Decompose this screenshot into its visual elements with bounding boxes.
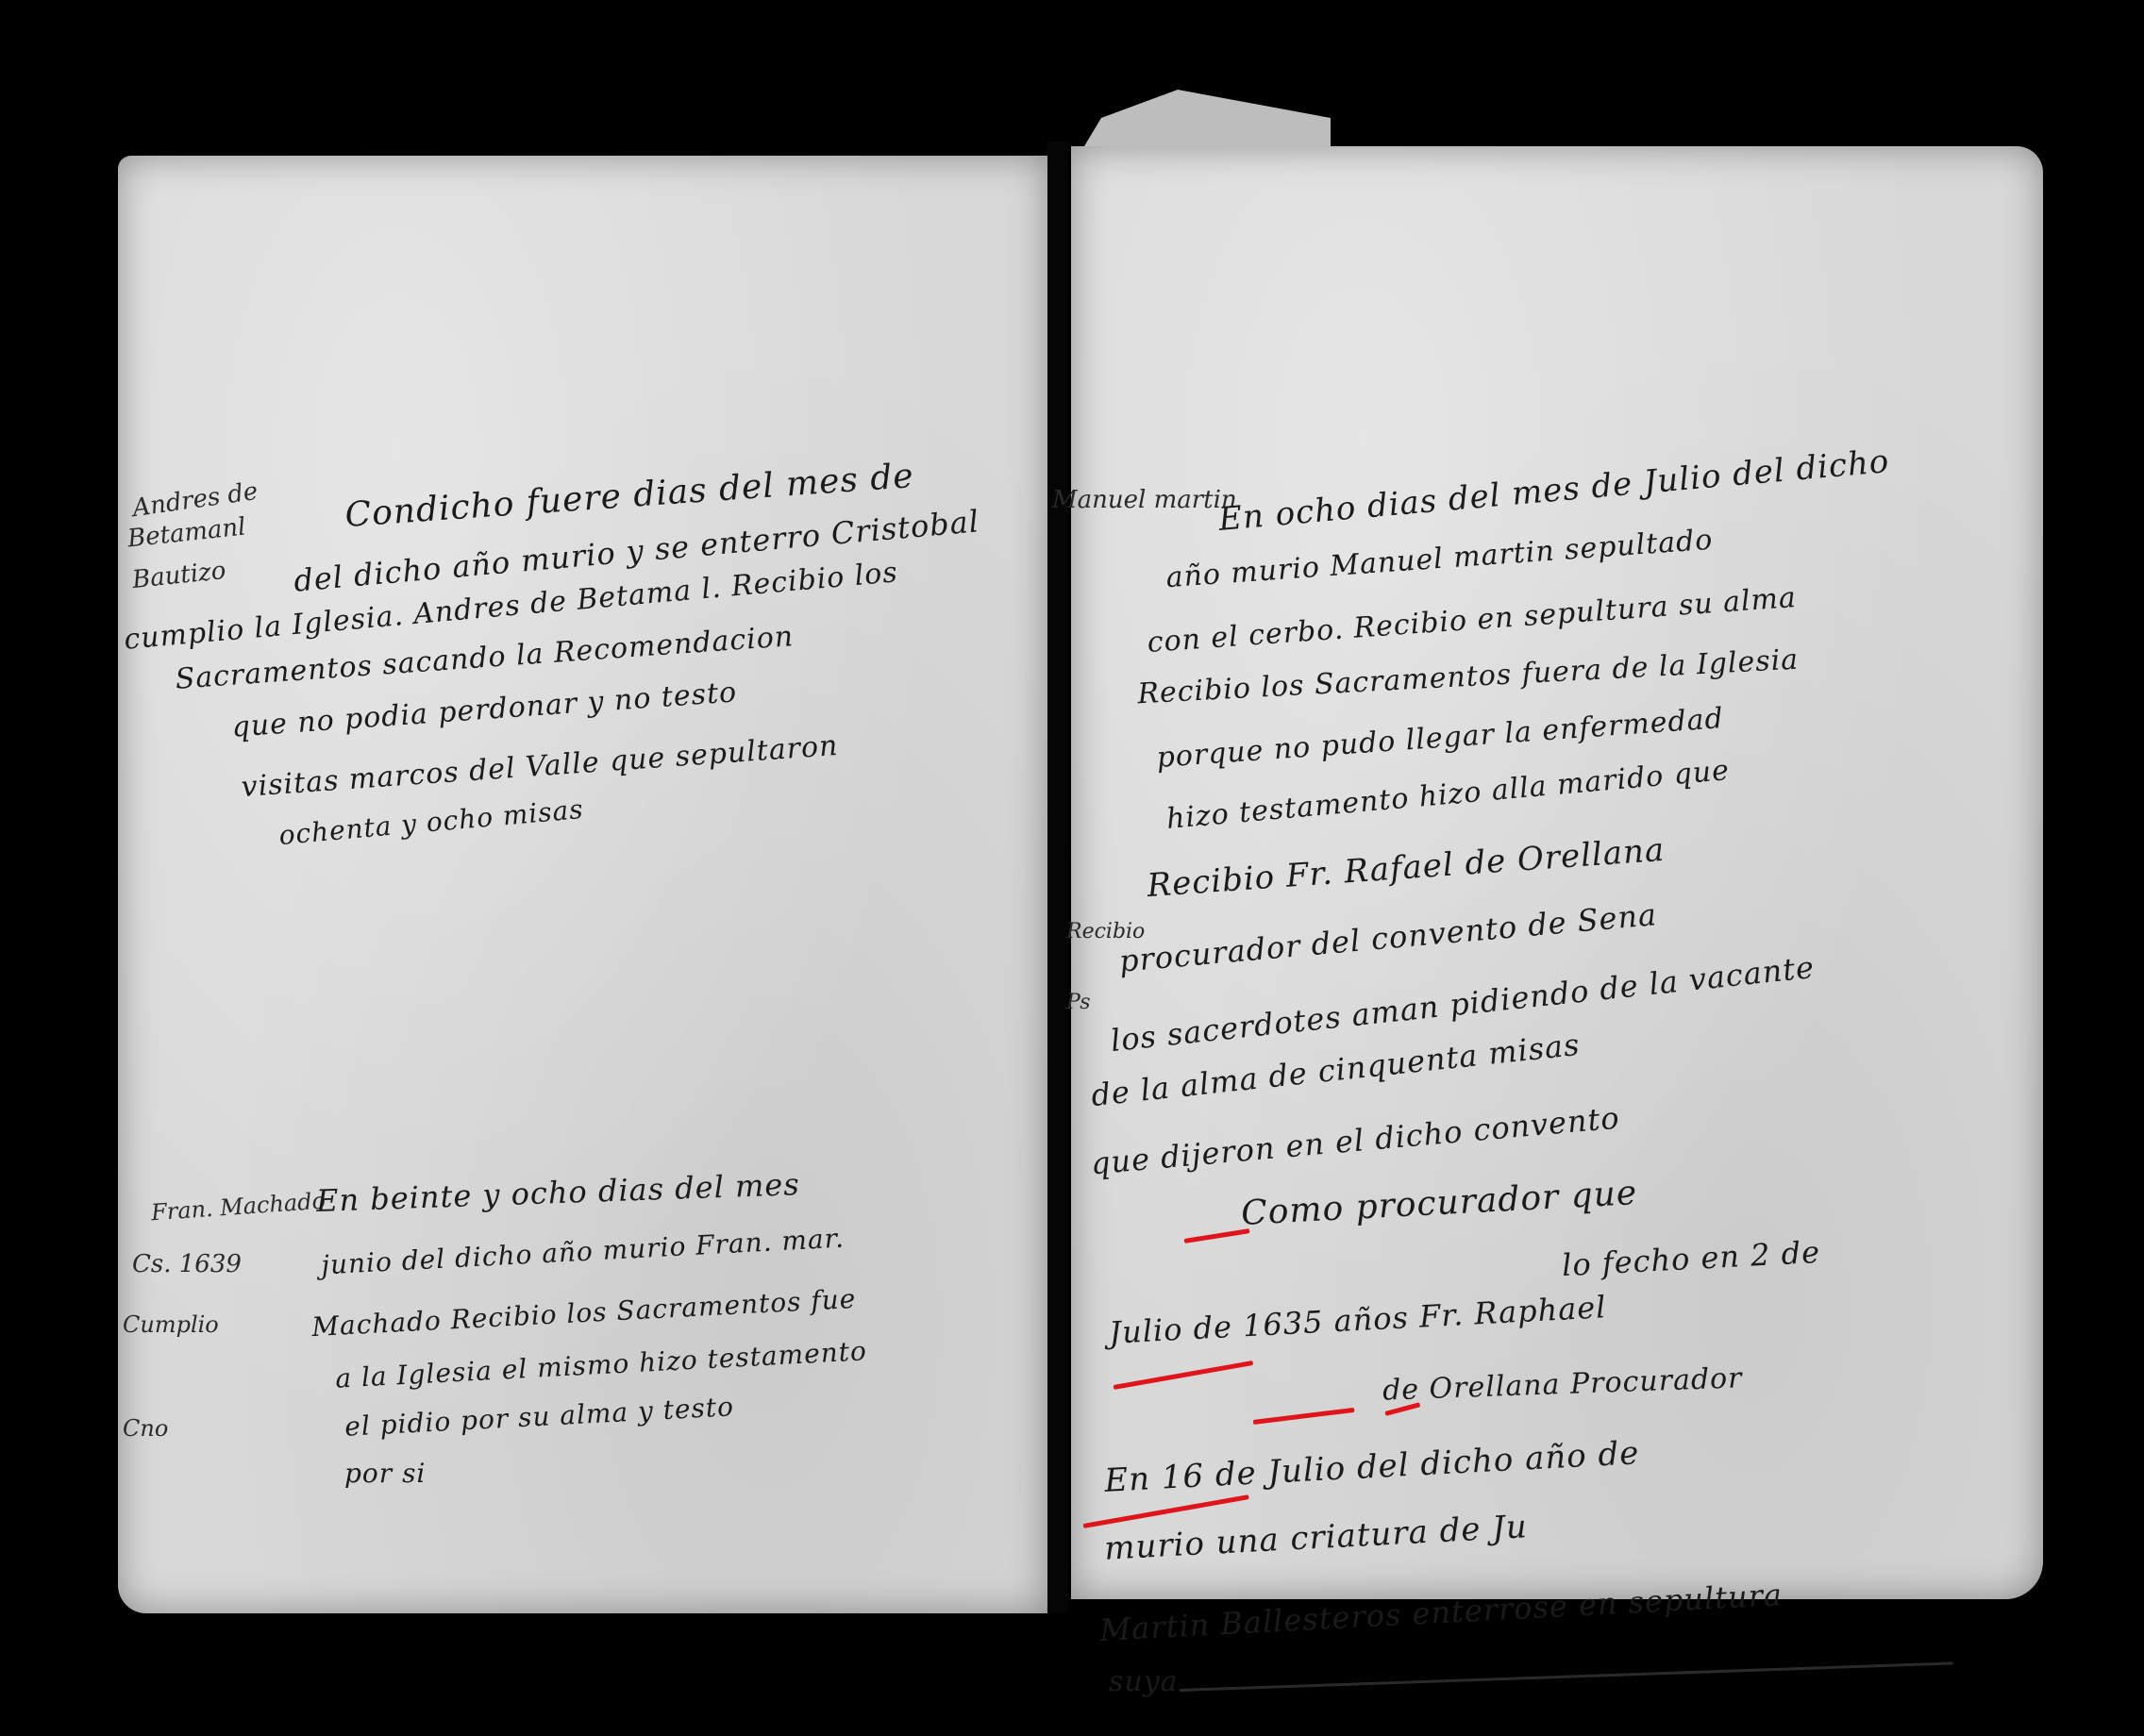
- right-margin-note-2: Recibio: [1066, 920, 1145, 943]
- right-page: Manuel martin Recibio Ps En ocho dias de…: [1071, 146, 2043, 1599]
- margin-note-2-line-4: Cno: [123, 1415, 168, 1442]
- right-entry2-line-1: En 16 de Julio del dicho año de: [1103, 1434, 1640, 1500]
- right-entry2-line-4: suya: [1109, 1665, 1179, 1698]
- right-entry2-line-3: Martin Ballesteros enterrose en sepultur…: [1099, 1577, 1784, 1648]
- right-margin-note-3: Ps: [1066, 991, 1091, 1014]
- margin-note-1-line-3: Bautizo: [131, 557, 227, 594]
- left-entry2-line-2: junio del dicho año murio Fran. mar.: [321, 1222, 846, 1280]
- right-entry1-line-14: Julio de 1635 años Fr. Raphael: [1108, 1289, 1607, 1351]
- left-entry2-line-1: En beinte y ocho dias del mes: [315, 1166, 800, 1219]
- margin-note-2-line-3: Cumplio: [123, 1311, 219, 1338]
- right-entry1-line-13: lo fecho en 2 de: [1561, 1234, 1821, 1283]
- right-entry1-line-7: Recibio Fr. Rafael de Orellana: [1146, 831, 1666, 905]
- left-entry1-line-6: visitas marcos del Valle que sepultaron: [241, 729, 840, 804]
- left-entry2-line-6: por si: [344, 1458, 426, 1489]
- right-entry1-line-15: de Orellana Procurador: [1382, 1361, 1744, 1407]
- left-entry2-line-4: a la Iglesia el mismo hizo testamento: [335, 1335, 868, 1394]
- closing-rule: [1180, 1661, 1953, 1692]
- left-entry2-line-3: Machado Recibio los Sacramentos fue: [311, 1283, 858, 1343]
- right-margin-note-1: Manuel martin: [1052, 486, 1237, 514]
- left-entry1-line-7: ochenta y ocho misas: [277, 793, 585, 851]
- right-entry1-line-1: En ocho dias del mes de Julio del dicho: [1217, 442, 1891, 539]
- margin-note-2-line-2: Cs. 1639: [132, 1250, 242, 1278]
- bleed-through-text: [510, 976, 531, 1021]
- right-entry1-line-8: procurador del convento de Sena: [1117, 896, 1658, 979]
- book-gutter: [1047, 142, 1068, 1613]
- right-entry1-line-11: que dijeron en el dicho convento: [1089, 1100, 1621, 1182]
- right-entry2-line-2: murio una criatura de Ju: [1103, 1508, 1528, 1567]
- right-entry1-line-12: Como procurador que: [1240, 1174, 1638, 1233]
- margin-note-2-line-1: Fran. Machado: [150, 1188, 327, 1227]
- left-page: Andres de Betamanl Bautizo Condicho fuer…: [118, 156, 1047, 1613]
- left-entry2-line-5: el pidio por su alma y testo: [343, 1391, 734, 1443]
